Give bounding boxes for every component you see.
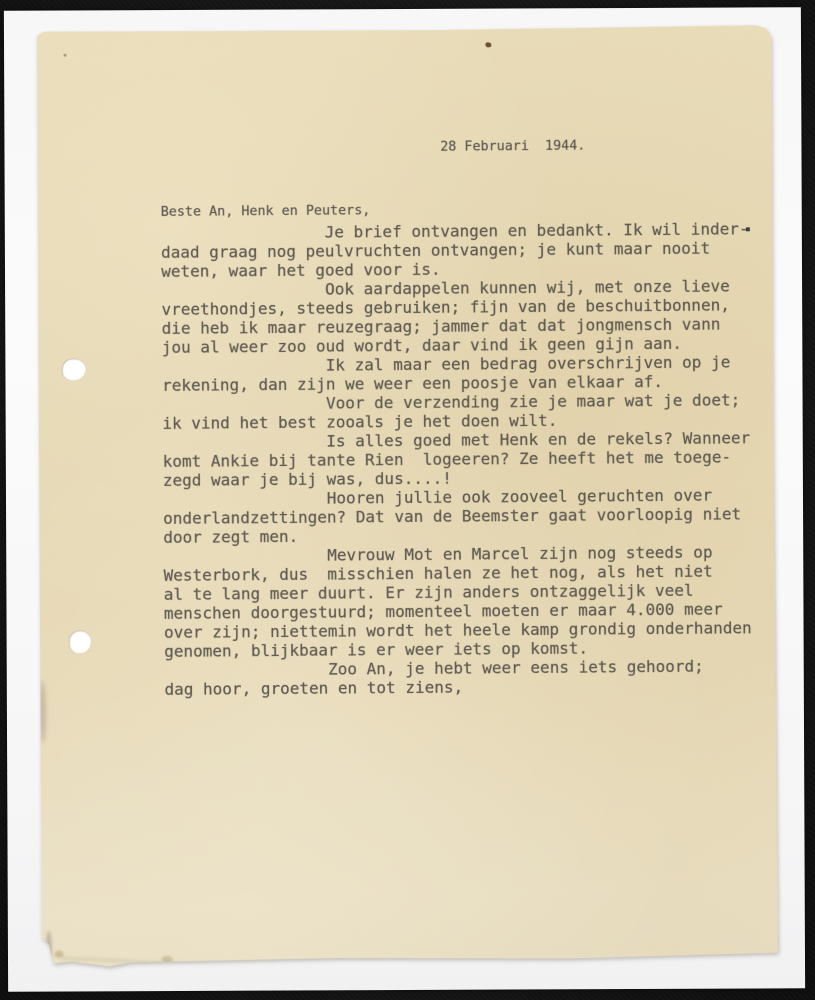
letter-body: Je brief ontvangen en bedankt. Ik wil in… xyxy=(161,219,752,699)
paper-speck-icon xyxy=(485,42,491,47)
torn-corner-shadow xyxy=(46,931,51,963)
paper-stain xyxy=(55,951,64,958)
letter-sheet-wrap: 28 Februari 1944. Beste An, Henk en Peut… xyxy=(34,25,778,967)
date-line: 28 Februari 1944. xyxy=(440,139,585,156)
punch-hole-bottom xyxy=(69,630,91,653)
paper-edge-shadow xyxy=(39,681,45,743)
scan-frame: 28 Februari 1944. Beste An, Henk en Peut… xyxy=(0,0,815,1000)
paper-stain xyxy=(162,956,173,963)
ink-dot-icon xyxy=(746,227,750,231)
letter-sheet: 28 Februari 1944. Beste An, Henk en Peut… xyxy=(34,25,778,967)
paper-speck-icon xyxy=(64,54,67,57)
salutation-line: Beste An, Henk en Peuters, xyxy=(161,203,371,221)
punch-hole-top xyxy=(62,359,86,381)
